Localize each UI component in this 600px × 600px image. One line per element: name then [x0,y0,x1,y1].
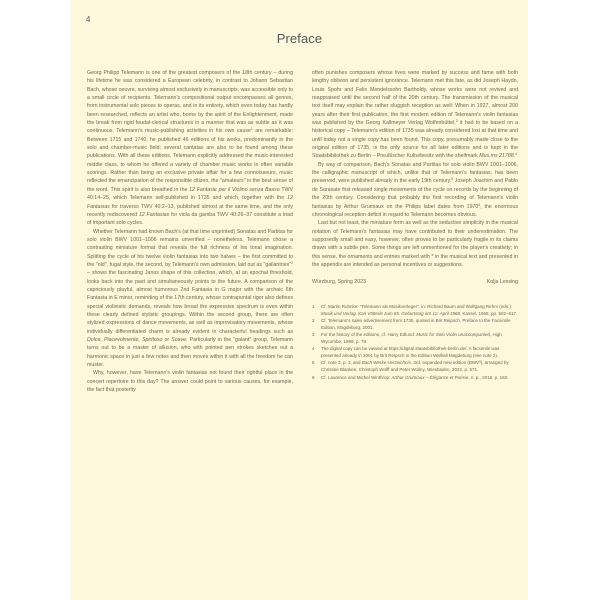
page-title: Preface [71,31,528,46]
paragraph: Why, however, have Telemann's violin fan… [87,369,293,394]
document-page: 4 Preface Georg Philipp Telemann is one … [71,0,528,600]
footnote: 6Cf. Laurence and Michel Winthrop: Arthu… [312,374,518,381]
footnote: 1Cf. Martin Ruhnke: "Telemann als Musikv… [312,303,518,317]
author-name: Kolja Lessing [487,278,518,286]
paragraph: Georg Philipp Telemann is one of the gre… [87,69,293,228]
paragraph: By way of comparison, Bach's Sonatas and… [312,161,518,219]
footnote: 2Cf. Telemann's sales advertisement from… [312,317,518,331]
paragraph: often punishes composers whose lives wer… [312,69,518,161]
footnote: 3For the history of the editions, cf. Ha… [312,331,518,345]
footnote: 5Cf. note 3, p. 3, and Bach Werke-Verzei… [312,359,518,373]
footnotes: 1Cf. Martin Ruhnke: "Telemann als Musikv… [312,303,518,381]
page-number: 4 [86,15,90,24]
right-column: often punishes composers whose lives wer… [312,69,518,381]
place-date: Würzburg, Spring 2023 [312,278,366,286]
paragraph: Whether Telemann had known Bach's (at th… [87,228,293,370]
footnote: 4The digital copy can be viewed at https… [312,345,518,359]
signature-line: Würzburg, Spring 2023 Kolja Lessing [312,278,518,286]
left-column: Georg Philipp Telemann is one of the gre… [87,69,293,394]
paragraph: Last but not least, the miniature form a… [312,219,518,269]
footnote-ref: 2 [291,261,293,265]
footnote-ref: 4 [515,152,517,156]
